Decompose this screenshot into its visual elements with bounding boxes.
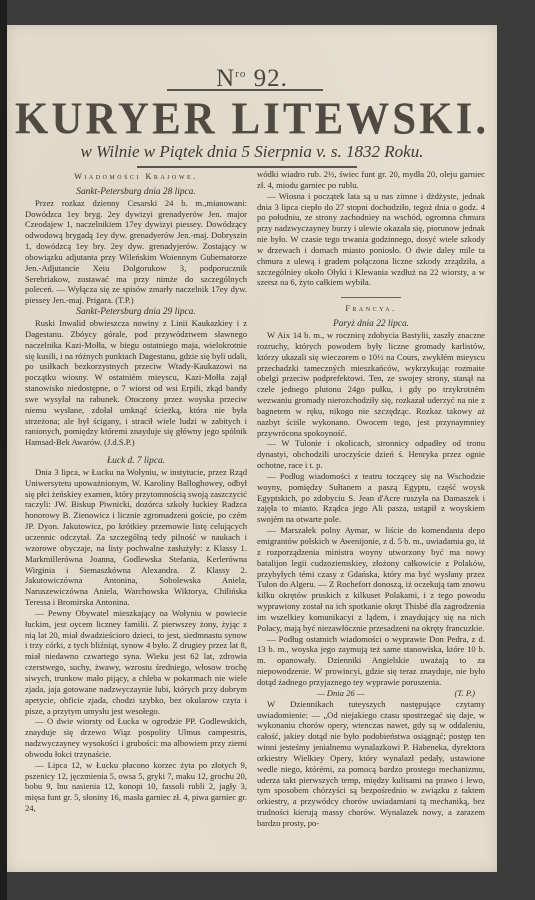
issue-prefix: N xyxy=(216,65,235,92)
dispatch-dateline: — Dnia 26 — (T. P.) xyxy=(257,688,485,699)
masthead-rule-top xyxy=(167,89,323,91)
article-paragraph: W Dziennikach tuteyszych następujące czy… xyxy=(257,699,485,829)
dispatch-place: Sankt-Petersburg dnia 28 lipca. xyxy=(25,187,247,198)
dateline-source: (T. P.) xyxy=(455,688,475,699)
left-column: Wiadomości Krajowe. Sankt-Petersburg dni… xyxy=(25,169,247,814)
newspaper-title: KURYER LITEWSKI. xyxy=(7,94,497,145)
article-paragraph: — Podług ostatnich wiadomości o wyprawie… xyxy=(257,634,485,688)
section-heading-france: Francya. xyxy=(257,304,485,315)
article-paragraph: Przez rozkaz dzienny Cesarski 24 b. m.,m… xyxy=(25,198,247,306)
article-paragraph: wódki wiadro rub. 2½, świec funt gr. 20,… xyxy=(257,169,485,191)
article-paragraph: — Marszałek polny Aymar, w liście do kom… xyxy=(257,525,485,633)
section-separator xyxy=(341,297,401,298)
newspaper-page: Nro 92. KURYER LITEWSKI. w Wilnie w Piąt… xyxy=(7,25,497,872)
issue-prefix-sup: ro xyxy=(235,68,246,80)
right-column: wódki wiadro rub. 2½, świec funt gr. 20,… xyxy=(257,169,485,829)
dispatch-place: Paryż dnia 22 lipca. xyxy=(257,319,485,330)
article-paragraph: Dnia 3 lipca, w Łucku na Wołyniu, w inst… xyxy=(25,467,247,608)
article-paragraph: — Wiosna i początek lata są u nas zimne … xyxy=(257,191,485,289)
viewer-left-edge xyxy=(0,0,7,900)
issue-number-value: 92. xyxy=(254,65,288,92)
article-paragraph: W Aix 14 b. m., w rocznicę zdobycia Bast… xyxy=(257,330,485,438)
dateline-day: — Dnia 26 — xyxy=(317,688,365,699)
masthead-rule-bottom xyxy=(137,166,357,168)
article-paragraph: — O dwie wiorsty od Łucka w ogrodzie PP.… xyxy=(25,716,247,759)
section-heading-domestic: Wiadomości Krajowe. xyxy=(25,172,247,183)
dispatch-place: Sankt-Petersburg dnia 29 lipca. xyxy=(25,307,247,318)
article-paragraph: Ruski Inwalid obwieszcza nowiny z Linii … xyxy=(25,318,247,448)
dispatch-place: Łuck d. 7 lipca. xyxy=(25,456,247,467)
article-paragraph: — Podług wiadomości z teatru toczącey si… xyxy=(257,471,485,525)
article-paragraph: — Lipca 12, w Łucku płacono korzec żyta … xyxy=(25,760,247,814)
article-paragraph: — W Tulonie i okolicach, stronnicy odpad… xyxy=(257,438,485,471)
article-paragraph: — Pewny Obywatel mieszkający na Wołyniu … xyxy=(25,608,247,716)
dateline: w Wilnie w Piątek dnia 5 Sierpnia v. s. … xyxy=(7,142,497,162)
